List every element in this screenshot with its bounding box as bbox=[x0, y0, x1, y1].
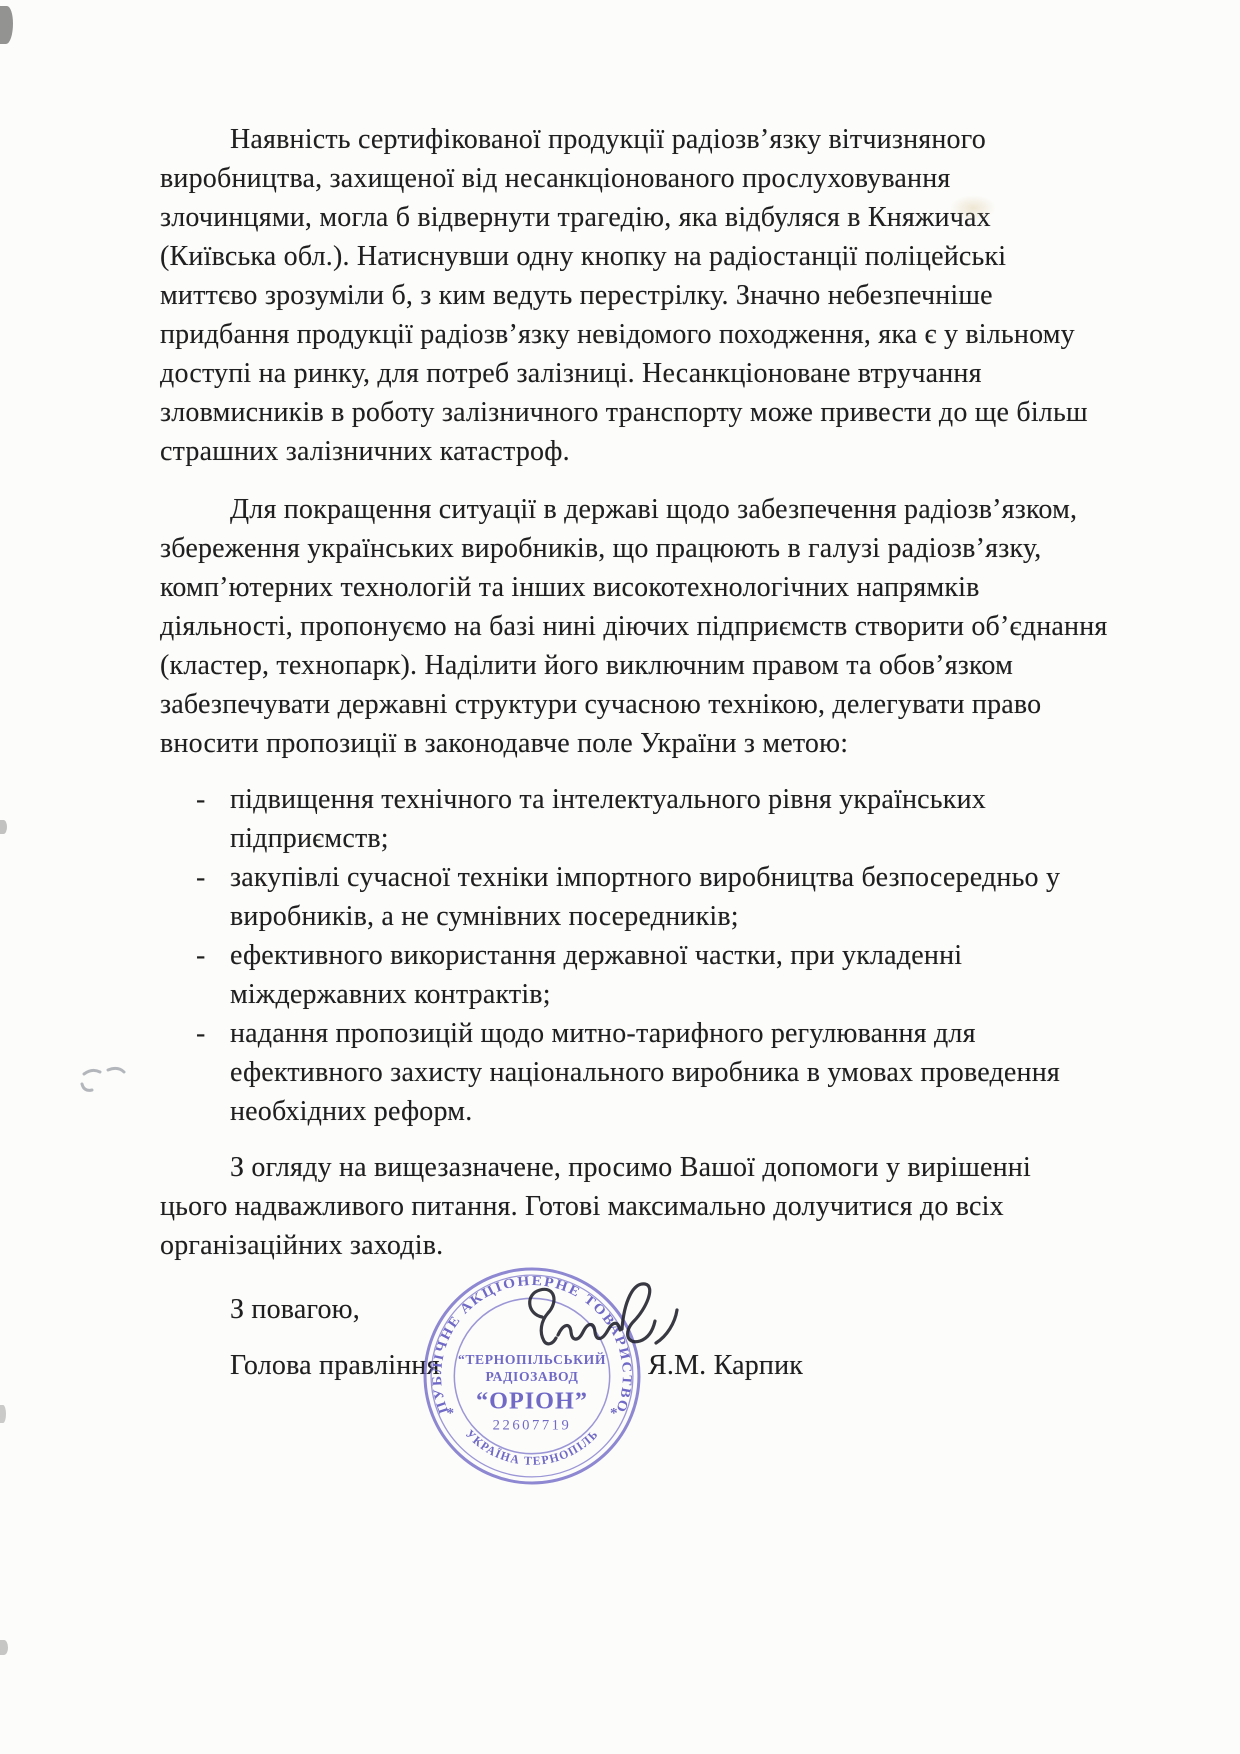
pencil-mark bbox=[78, 1062, 132, 1096]
text-line: діяльності, пропонуємо на базі нині діюч… bbox=[160, 607, 1060, 646]
bullet-text: підвищення технічного та інтелектуальног… bbox=[230, 780, 1060, 858]
paragraph-certified-products: Наявність сертифікованої продукції радіо… bbox=[160, 120, 1060, 471]
text-line: ефективного захисту національного виробн… bbox=[230, 1053, 1060, 1092]
bullet-item-2: - закупівлі сучасної техніки імпортного … bbox=[160, 858, 1060, 936]
scanned-letter-page: Наявність сертифікованої продукції радіо… bbox=[0, 0, 1240, 1754]
text-line: злочинцями, могла б відвернути трагедію,… bbox=[160, 198, 1060, 237]
text-line: (Київська обл.). Натиснувши одну кнопку … bbox=[160, 237, 1060, 276]
bullet-text: ефективного використання державної частк… bbox=[230, 936, 1060, 1014]
seal-registry-number: 22607719 bbox=[493, 1417, 572, 1433]
bullet-dash: - bbox=[196, 1014, 226, 1053]
paragraph-request: З огляду на вищезазначене, просимо Вашої… bbox=[160, 1148, 1060, 1265]
text-line: доступі на ринку, для потреб залізниці. … bbox=[160, 354, 1060, 393]
bullet-dash: - bbox=[196, 858, 226, 897]
bullet-text: надання пропозицій щодо митно-тарифного … bbox=[230, 1014, 1060, 1131]
scan-artifact-edge bbox=[0, 1640, 8, 1655]
text-line: збереження українських виробників, що пр… bbox=[160, 529, 1060, 568]
scan-artifact-edge bbox=[0, 820, 7, 834]
text-line: Для покращення ситуації в державі щодо з… bbox=[160, 490, 1060, 529]
text-line: необхідних реформ. bbox=[230, 1092, 1060, 1131]
text-line: зловмисників в роботу залізничного транс… bbox=[160, 393, 1060, 432]
paragraph-proposal: Для покращення ситуації в державі щодо з… bbox=[160, 490, 1060, 763]
bullet-list: - підвищення технічного та інтелектуальн… bbox=[160, 780, 1060, 1131]
scan-artifact-corner bbox=[0, 6, 13, 44]
bullet-text: закупівлі сучасної техніки імпортного ви… bbox=[230, 858, 1060, 936]
text-line: виробництва, захищеної від несанкціонова… bbox=[160, 159, 1060, 198]
text-line: виробників, а не сумнівних посередників; bbox=[230, 897, 1060, 936]
text-line: забезпечувати державні структури сучасно… bbox=[160, 685, 1060, 724]
signature-scribble bbox=[430, 1255, 740, 1395]
text-line: цього надважливого питання. Готові макси… bbox=[160, 1187, 1060, 1226]
text-line: комп’ютерних технологій та інших високот… bbox=[160, 568, 1060, 607]
text-line: надання пропозицій щодо митно-тарифного … bbox=[230, 1014, 1060, 1053]
scan-artifact-edge bbox=[0, 1405, 6, 1423]
bullet-item-4: - надання пропозицій щодо митно-тарифног… bbox=[160, 1014, 1060, 1131]
text-line: ефективного використання державної частк… bbox=[230, 936, 1060, 975]
text-line: закупівлі сучасної техніки імпортного ви… bbox=[230, 858, 1060, 897]
text-line: Наявність сертифікованої продукції радіо… bbox=[160, 120, 1060, 159]
bullet-dash: - bbox=[196, 936, 226, 975]
seal-star-right: * bbox=[610, 1405, 618, 1421]
bullet-item-1: - підвищення технічного та інтелектуальн… bbox=[160, 780, 1060, 858]
text-line: підвищення технічного та інтелектуальног… bbox=[230, 780, 1060, 819]
bullet-dash: - bbox=[196, 780, 226, 819]
bullet-item-3: - ефективного використання державної час… bbox=[160, 936, 1060, 1014]
text-line: миттєво зрозуміли б, з ким ведуть перест… bbox=[160, 276, 1060, 315]
seal-star-left: * bbox=[446, 1405, 454, 1421]
text-line: (кластер, технопарк). Наділити його викл… bbox=[160, 646, 1060, 685]
text-line: придбання продукції радіозв’язку невідом… bbox=[160, 315, 1060, 354]
text-line: страшних залізничних катастроф. bbox=[160, 432, 1060, 471]
text-line: підприємств; bbox=[230, 819, 1060, 858]
text-line: З огляду на вищезазначене, просимо Вашої… bbox=[160, 1148, 1060, 1187]
text-line: міждержавних контрактів; bbox=[230, 975, 1060, 1014]
text-line: вносити пропозиції в законодавче поле Ук… bbox=[160, 724, 1060, 763]
